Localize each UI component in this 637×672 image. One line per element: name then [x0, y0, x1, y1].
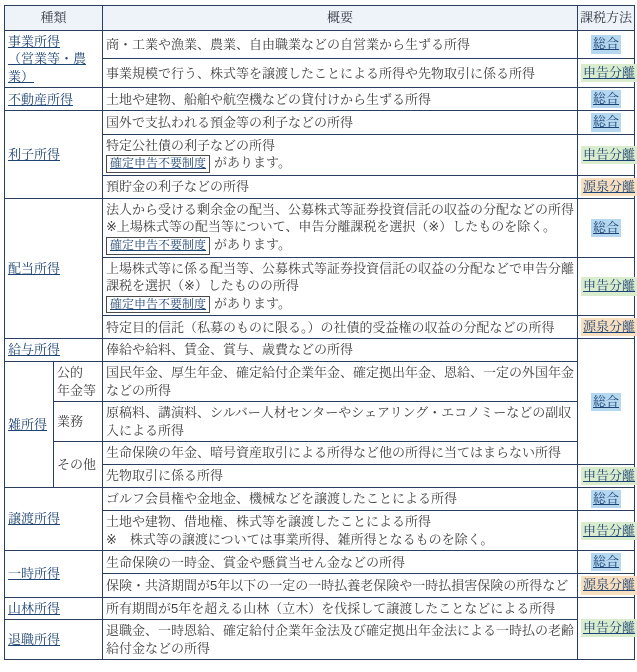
- income-type-cell: 雑所得: [5, 362, 54, 488]
- income-type-label: 退職所得: [8, 632, 60, 647]
- taxation-method-link-sogo[interactable]: 総合: [591, 113, 621, 131]
- overview-text: があります。: [214, 237, 291, 252]
- overview-text: 特定公社債の利子などの所得: [106, 138, 275, 153]
- income-type-link-retirement[interactable]: 退職所得: [8, 632, 60, 647]
- income-type-label: 利子所得: [8, 147, 60, 162]
- overview-line: 確定申告不要制度があります。: [106, 154, 574, 173]
- taxation-method-cell: 源泉分離: [578, 316, 635, 339]
- overview-text: 先物取引に係る所得: [106, 468, 223, 483]
- filing-not-required-link[interactable]: 確定申告不要制度: [106, 296, 210, 314]
- overview-line: 生命保険の一時金、賞金や懸賞当せん金などの所得: [106, 554, 574, 572]
- overview-line: 特定目的信託（私募のものに限る。）の社債的受益権の収益の分配などの所得: [106, 319, 574, 337]
- page-content: 種類 概要 課税方法 事業所得（営業等・農業）商・工業や漁業、農業、自由職業など…: [0, 0, 637, 660]
- income-type-link-occasional[interactable]: 一時所得: [8, 566, 60, 581]
- overview-line: 土地や建物、借地権、株式等を譲渡したことによる所得: [106, 513, 574, 531]
- overview-line: 確定申告不要制度があります。: [106, 295, 574, 314]
- overview-cell: 上場株式等に係る配当等、公募株式等証券投資信託の収益の分配などで申告分離課税を選…: [103, 257, 578, 316]
- overview-text: 預貯金の利子などの所得: [106, 179, 249, 194]
- misc-subtype-label: 業務: [57, 414, 83, 429]
- taxation-method-link-gensen[interactable]: 源泉分離: [581, 178, 637, 196]
- overview-cell: 俸給や給料、賃金、賞与、歳費などの所得: [103, 339, 578, 362]
- overview-text: ゴルフ会員権や金地金、機械などを譲渡したことによる所得: [106, 491, 457, 506]
- taxation-method-cell: 申告分離: [578, 464, 635, 487]
- table-row: 不動産所得土地や建物、船舶や航空機などの貸付けから生ずる所得総合: [5, 88, 635, 111]
- overview-line: 上場株式等に係る配当等、公募株式等証券投資信託の収益の分配などで申告分離課税を選…: [106, 260, 574, 295]
- taxation-method-link-shinkoku[interactable]: 申告分離: [581, 277, 637, 295]
- overview-text: 原稿料、講演料、シルバー人材センターやシェアリング・エコノミーなどの副収入による…: [106, 405, 571, 438]
- income-type-link-business[interactable]: 事業所得（営業等・農業）: [8, 34, 86, 84]
- income-type-cell: 一時所得: [5, 551, 103, 597]
- table-row: 雑所得公的年金等国民年金、厚生年金、確定給付企業年金、確定拠出年金、恩給、一定の…: [5, 362, 635, 402]
- overview-line: 商・工業や漁業、農業、自由職業などの自営業から生ずる所得: [106, 36, 574, 54]
- overview-cell: 保険・共済期間が5年以下の一定の一時払養老保険や一時払損害保険の所得など: [103, 574, 578, 597]
- overview-line: 先物取引に係る所得: [106, 467, 574, 485]
- taxation-method-cell: 源泉分離: [578, 574, 635, 597]
- taxation-method-link-sogo[interactable]: 総合: [591, 219, 621, 237]
- taxation-method-link-shinkoku[interactable]: 申告分離: [581, 522, 637, 540]
- income-type-cell: 退職所得: [5, 620, 103, 660]
- overview-text: があります。: [214, 155, 291, 170]
- overview-line: 退職金、一時恩給、確定給付企業年金法及び確定拠出年金法による一時払の老齢給付金な…: [106, 622, 574, 657]
- overview-text: 土地や建物、船舶や航空機などの貸付けから生ずる所得: [106, 92, 431, 107]
- taxation-method-cell: 申告分離: [578, 134, 635, 175]
- overview-cell: 商・工業や漁業、農業、自由職業などの自営業から生ずる所得: [103, 30, 578, 59]
- misc-subtype-label: 公的: [57, 365, 83, 380]
- taxation-method-link-sogo[interactable]: 総合: [591, 553, 621, 571]
- table-row: 給与所得俸給や給料、賃金、賞与、歳費などの所得総合: [5, 339, 635, 362]
- income-type-label: 不動産所得: [8, 92, 73, 107]
- overview-cell: 退職金、一時恩給、確定給付企業年金法及び確定拠出年金法による一時払の老齢給付金な…: [103, 620, 578, 660]
- overview-text: ※ 株式等の譲渡については事業所得、雑所得となるものを除く。: [106, 532, 493, 547]
- income-type-cell: 利子所得: [5, 111, 103, 199]
- overview-text: 俸給や給料、賃金、賞与、歳費などの所得: [106, 342, 353, 357]
- taxation-method-link-sogo[interactable]: 総合: [591, 90, 621, 108]
- overview-line: ※ 株式等の譲渡については事業所得、雑所得となるものを除く。: [106, 531, 574, 549]
- taxation-method-link-shinkoku[interactable]: 申告分離: [581, 146, 637, 164]
- overview-cell: 先物取引に係る所得: [103, 464, 578, 487]
- overview-text: 国外で支払われる預金等の利子などの所得: [106, 115, 353, 130]
- overview-text: 上場株式等に係る配当等、公募株式等証券投資信託の収益の分配などで申告分離課税を選…: [106, 261, 574, 294]
- income-type-link-misc[interactable]: 雑所得: [8, 417, 47, 432]
- taxation-method-link-sogo[interactable]: 総合: [591, 35, 621, 53]
- overview-text: 退職金、一時恩給、確定給付企業年金法及び確定拠出年金法による一時払の老齢給付金な…: [106, 623, 574, 656]
- taxation-method-cell: 申告分離: [578, 597, 635, 660]
- overview-line: ※上場株式等の配当等について、申告分離課税を選択（※）したものを除く。: [106, 218, 574, 236]
- overview-line: 預貯金の利子などの所得: [106, 178, 574, 196]
- income-type-link-real-estate[interactable]: 不動産所得: [8, 92, 73, 107]
- taxation-method-link-shinkoku[interactable]: 申告分離: [581, 467, 637, 485]
- misc-subtype-label: その他: [57, 457, 96, 472]
- income-type-label: 譲渡所得: [8, 511, 60, 526]
- taxation-method-link-sogo[interactable]: 総合: [591, 393, 621, 411]
- table-row: 譲渡所得ゴルフ会員権や金地金、機械などを譲渡したことによる所得総合: [5, 487, 635, 510]
- table-row: 業務原稿料、講演料、シルバー人材センターやシェアリング・エコノミーなどの副収入に…: [5, 402, 635, 442]
- taxation-method-link-sogo[interactable]: 総合: [591, 490, 621, 508]
- income-type-cell: 事業所得（営業等・農業）: [5, 30, 103, 88]
- income-type-cell: 給与所得: [5, 339, 103, 362]
- overview-cell: 事業規模で行う、株式等を譲渡したことによる所得や先物取引に係る所得: [103, 59, 578, 88]
- col-header-type: 種類: [5, 6, 103, 31]
- taxation-method-cell: 源泉分離: [578, 175, 635, 198]
- income-type-link-interest[interactable]: 利子所得: [8, 147, 60, 162]
- table-row: 利子所得国外で支払われる預金等の利子などの所得総合: [5, 111, 635, 134]
- taxation-method-link-gensen[interactable]: 源泉分離: [581, 576, 637, 594]
- income-type-label: 雑所得: [8, 417, 47, 432]
- overview-cell: ゴルフ会員権や金地金、機械などを譲渡したことによる所得: [103, 487, 578, 510]
- col-header-overview: 概要: [103, 6, 578, 31]
- overview-cell: 国外で支払われる預金等の利子などの所得: [103, 111, 578, 134]
- overview-line: 法人から受ける剰余金の配当、公募株式等証券投資信託の収益の分配などの所得: [106, 201, 574, 219]
- filing-not-required-link[interactable]: 確定申告不要制度: [106, 155, 210, 173]
- misc-subtype-cell-gyomu: 業務: [54, 402, 103, 442]
- col-header-method: 課税方法: [578, 6, 635, 31]
- taxation-method-cell: 申告分離: [578, 511, 635, 551]
- overview-line: 生命保険の年金、暗号資産取引による所得など他の所得に当てはまらない所得: [106, 444, 574, 462]
- taxation-method-cell: 申告分離: [578, 59, 635, 88]
- table-row: 配当所得法人から受ける剰余金の配当、公募株式等証券投資信託の収益の分配などの所得…: [5, 198, 635, 257]
- overview-text: 所有期間が5年を超える山林（立木）を伐採して譲渡したことなどによる所得: [106, 601, 555, 616]
- overview-text: 特定目的信託（私募のものに限る。）の社債的受益権の収益の分配などの所得: [106, 320, 555, 335]
- taxation-method-link-gensen[interactable]: 源泉分離: [581, 318, 637, 336]
- table-row: 山林所得所有期間が5年を超える山林（立木）を伐採して譲渡したことなどによる所得申…: [5, 597, 635, 620]
- overview-line: 原稿料、講演料、シルバー人材センターやシェアリング・エコノミーなどの副収入による…: [106, 404, 574, 439]
- overview-text: 事業規模で行う、株式等を譲渡したことによる所得や先物取引に係る所得: [106, 66, 535, 81]
- overview-line: 特定公社債の利子などの所得: [106, 137, 574, 155]
- overview-text: 国民年金、厚生年金、確定給付企業年金、確定拠出年金、恩給、一定の外国年金などの所…: [106, 365, 574, 398]
- overview-text: 生命保険の一時金、賞金や懸賞当せん金などの所得: [106, 555, 405, 570]
- overview-text: 保険・共済期間が5年以下の一定の一時払養老保険や一時払損害保険の所得など: [106, 578, 568, 593]
- overview-text: ※上場株式等の配当等について、申告分離課税を選択（※）したものを除く。: [106, 219, 556, 234]
- table-row: 一時所得生命保険の一時金、賞金や懸賞当せん金などの所得総合: [5, 551, 635, 574]
- filing-not-required-link[interactable]: 確定申告不要制度: [106, 237, 210, 255]
- income-type-link-dividend[interactable]: 配当所得: [8, 261, 60, 276]
- income-type-cell: 不動産所得: [5, 88, 103, 111]
- income-type-label: 配当所得: [8, 261, 60, 276]
- taxation-method-cell: 総合: [578, 111, 635, 134]
- taxation-method-link-shinkoku[interactable]: 申告分離: [581, 619, 637, 637]
- table-row: 退職所得退職金、一時恩給、確定給付企業年金法及び確定拠出年金法による一時払の老齢…: [5, 620, 635, 660]
- overview-line: 事業規模で行う、株式等を譲渡したことによる所得や先物取引に係る所得: [106, 65, 574, 83]
- taxation-method-cell: 総合: [578, 339, 635, 464]
- overview-cell: 生命保険の年金、暗号資産取引による所得など他の所得に当てはまらない所得: [103, 442, 578, 465]
- overview-cell: 国民年金、厚生年金、確定給付企業年金、確定拠出年金、恩給、一定の外国年金などの所…: [103, 362, 578, 402]
- table-row: その他生命保険の年金、暗号資産取引による所得など他の所得に当てはまらない所得: [5, 442, 635, 465]
- taxation-method-cell: 総合: [578, 487, 635, 510]
- overview-cell: 法人から受ける剰余金の配当、公募株式等証券投資信託の収益の分配などの所得※上場株…: [103, 198, 578, 257]
- overview-cell: 土地や建物、船舶や航空機などの貸付けから生ずる所得: [103, 88, 578, 111]
- overview-line: 保険・共済期間が5年以下の一定の一時払養老保険や一時払損害保険の所得など: [106, 577, 574, 595]
- table-body: 事業所得（営業等・農業）商・工業や漁業、農業、自由職業などの自営業から生ずる所得…: [5, 30, 635, 660]
- overview-cell: 特定目的信託（私募のものに限る。）の社債的受益権の収益の分配などの所得: [103, 316, 578, 339]
- taxation-method-cell: 申告分離: [578, 257, 635, 316]
- taxation-method-cell: 総合: [578, 88, 635, 111]
- overview-cell: 預貯金の利子などの所得: [103, 175, 578, 198]
- income-type-label: 給与所得: [8, 342, 60, 357]
- taxation-method-cell: 総合: [578, 198, 635, 257]
- overview-cell: 生命保険の一時金、賞金や懸賞当せん金などの所得: [103, 551, 578, 574]
- overview-line: 所有期間が5年を超える山林（立木）を伐採して譲渡したことなどによる所得: [106, 600, 574, 618]
- income-tax-table: 種類 概要 課税方法 事業所得（営業等・農業）商・工業や漁業、農業、自由職業など…: [4, 5, 635, 660]
- taxation-method-link-shinkoku[interactable]: 申告分離: [581, 64, 637, 82]
- misc-subtype-cell-sonota: その他: [54, 442, 103, 488]
- header-row: 種類 概要 課税方法: [5, 6, 635, 31]
- overview-text: 土地や建物、借地権、株式等を譲渡したことによる所得: [106, 514, 431, 529]
- income-type-label: 山林所得: [8, 601, 60, 616]
- overview-text: 商・工業や漁業、農業、自由職業などの自営業から生ずる所得: [106, 37, 470, 52]
- income-type-link-forest[interactable]: 山林所得: [8, 601, 60, 616]
- overview-cell: 原稿料、講演料、シルバー人材センターやシェアリング・エコノミーなどの副収入による…: [103, 402, 578, 442]
- overview-line: 俸給や給料、賃金、賞与、歳費などの所得: [106, 341, 574, 359]
- taxation-method-cell: 総合: [578, 30, 635, 59]
- overview-cell: 所有期間が5年を超える山林（立木）を伐採して譲渡したことなどによる所得: [103, 597, 578, 620]
- income-type-cell: 山林所得: [5, 597, 103, 620]
- misc-subtype-label: 年金等: [57, 383, 96, 398]
- table-row: 事業所得（営業等・農業）商・工業や漁業、農業、自由職業などの自営業から生ずる所得…: [5, 30, 635, 59]
- overview-text: 生命保険の年金、暗号資産取引による所得など他の所得に当てはまらない所得: [106, 445, 561, 460]
- overview-line: 国外で支払われる預金等の利子などの所得: [106, 114, 574, 132]
- overview-cell: 土地や建物、借地権、株式等を譲渡したことによる所得※ 株式等の譲渡については事業…: [103, 511, 578, 551]
- income-type-label: 一時所得: [8, 566, 60, 581]
- overview-line: 国民年金、厚生年金、確定給付企業年金、確定拠出年金、恩給、一定の外国年金などの所…: [106, 364, 574, 399]
- income-type-label: （営業等・農業）: [8, 51, 86, 84]
- income-type-cell: 譲渡所得: [5, 487, 103, 550]
- overview-text: があります。: [214, 296, 291, 311]
- overview-cell: 特定公社債の利子などの所得確定申告不要制度があります。: [103, 134, 578, 175]
- overview-text: 法人から受ける剰余金の配当、公募株式等証券投資信託の収益の分配などの所得: [106, 202, 574, 217]
- income-type-link-salary[interactable]: 給与所得: [8, 342, 60, 357]
- overview-line: ゴルフ会員権や金地金、機械などを譲渡したことによる所得: [106, 490, 574, 508]
- overview-line: 確定申告不要制度があります。: [106, 236, 574, 255]
- income-type-label: 事業所得: [8, 34, 60, 49]
- overview-line: 土地や建物、船舶や航空機などの貸付けから生ずる所得: [106, 91, 574, 109]
- income-type-cell: 配当所得: [5, 198, 103, 339]
- income-type-link-transfer[interactable]: 譲渡所得: [8, 511, 60, 526]
- misc-subtype-cell-public-pension: 公的年金等: [54, 362, 103, 402]
- taxation-method-cell: 総合: [578, 551, 635, 574]
